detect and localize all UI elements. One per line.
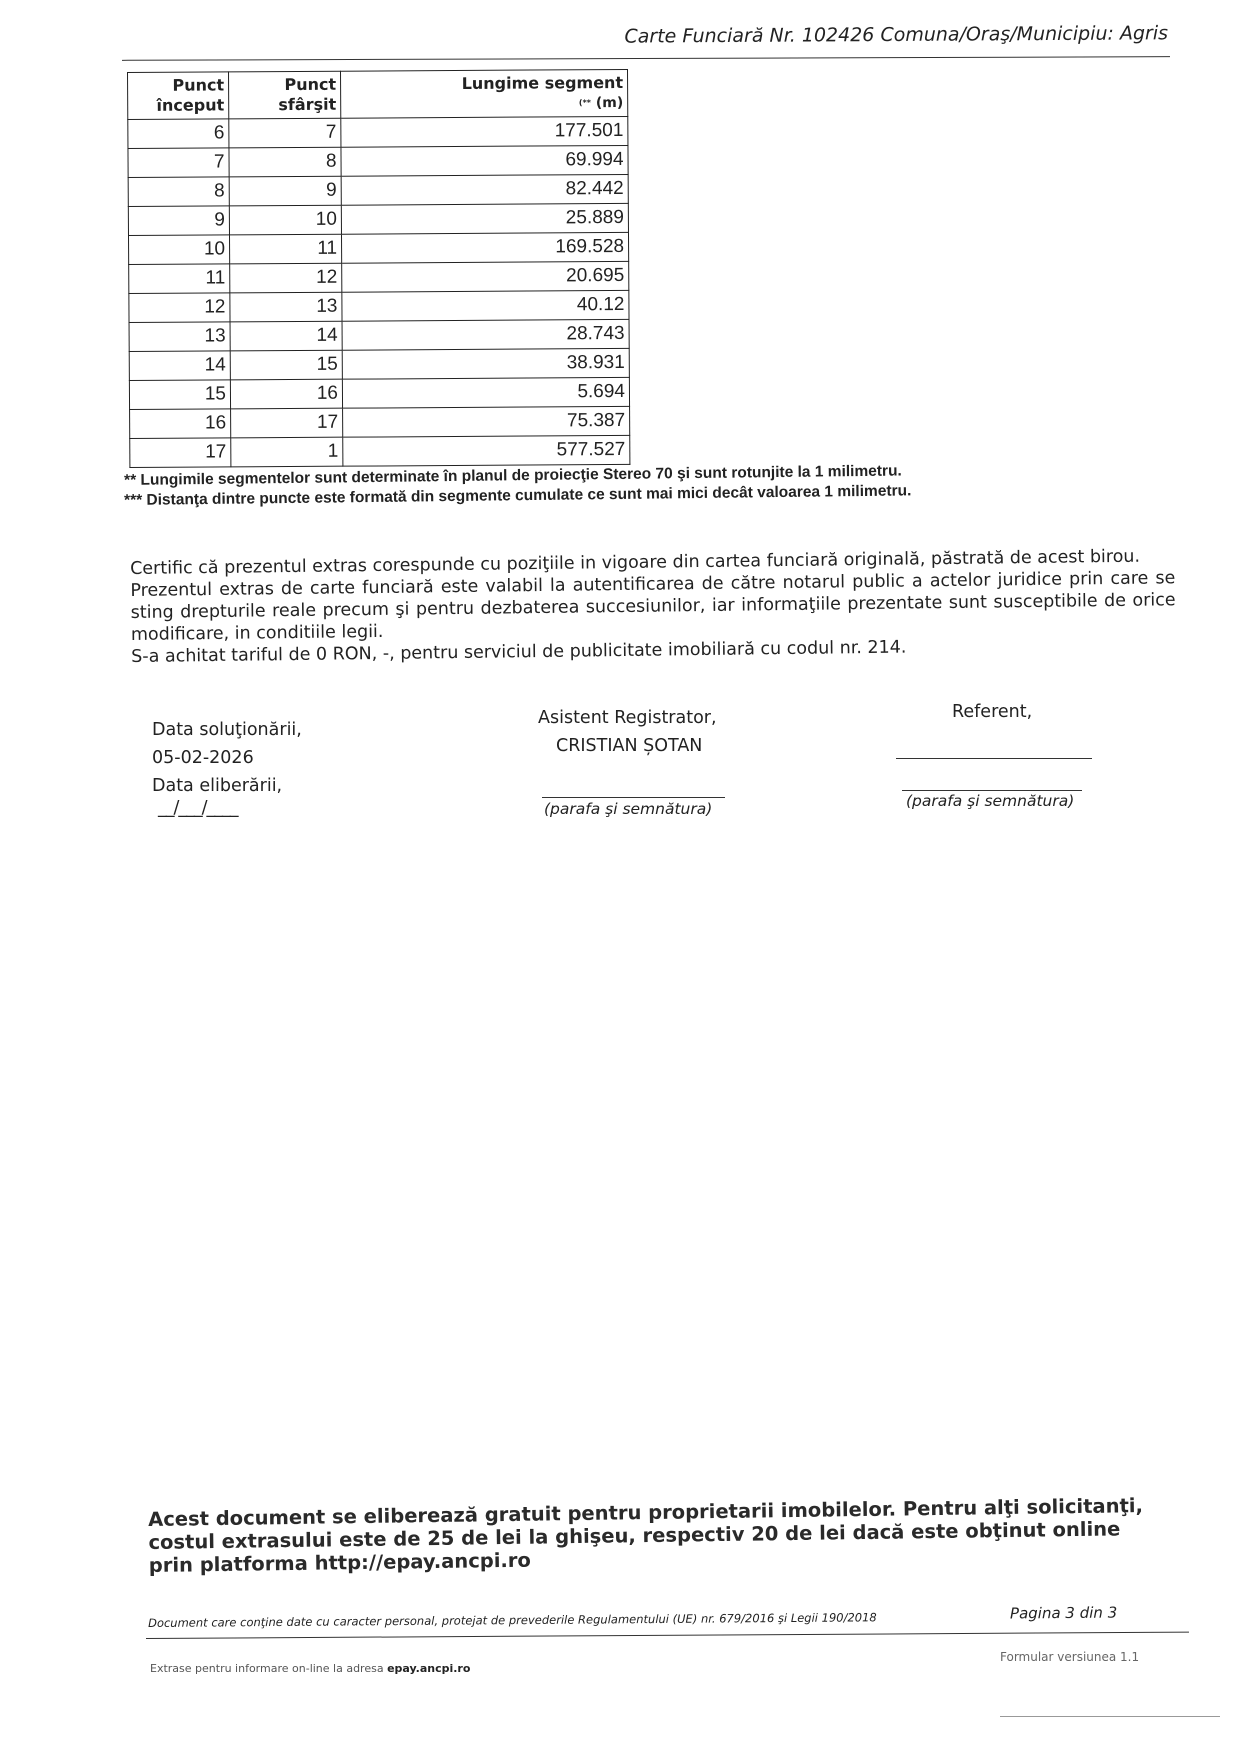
table-row: 131428.743 — [129, 319, 629, 351]
page-number: Pagina 3 din 3 — [1010, 1604, 1117, 1623]
segment-length-cell: 577.527 — [343, 435, 630, 466]
end-point-cell: 11 — [229, 234, 341, 264]
start-point-cell: 10 — [128, 235, 229, 265]
referent-signature-line — [902, 790, 1082, 791]
header-divider — [122, 56, 1170, 61]
release-date-blank: __/___/____ — [158, 798, 238, 818]
certification-text: Certific că prezentul extras corespunde … — [130, 545, 1176, 668]
start-point-cell: 9 — [128, 206, 229, 236]
registrar-title: Asistent Registrator, — [538, 708, 717, 728]
footer-divider — [146, 1632, 1189, 1639]
solution-date-label: Data soluţionării, — [152, 720, 302, 740]
end-point-cell: 14 — [230, 321, 342, 351]
segment-length-cell: 69.994 — [341, 145, 628, 176]
start-point-cell: 14 — [129, 351, 230, 381]
segment-length-cell: 28.743 — [342, 319, 629, 350]
start-point-cell: 6 — [128, 119, 229, 149]
end-point-cell: 15 — [230, 350, 342, 380]
end-point-cell: 17 — [231, 408, 343, 438]
column-header-start-point: Punct început — [128, 72, 229, 120]
start-point-cell: 8 — [128, 177, 229, 207]
referent-signature-caption: (parafa şi semnătura) — [906, 792, 1074, 810]
footer-end-rule — [1000, 1716, 1220, 1717]
segment-length-cell: 177.501 — [341, 116, 628, 147]
segment-length-cell: 38.931 — [342, 348, 629, 379]
end-point-cell: 10 — [229, 205, 341, 235]
end-point-cell: 16 — [230, 379, 342, 409]
gdpr-notice: Document care conţine date cu caracter p… — [148, 1610, 877, 1630]
start-point-cell: 13 — [129, 322, 230, 352]
end-point-cell: 8 — [229, 147, 341, 177]
table-row: 15165.694 — [129, 377, 629, 409]
segment-length-cell: 82.442 — [341, 174, 628, 205]
registrar-signature-caption: (parafa şi semnătura) — [544, 800, 712, 818]
segment-length-cell: 40.12 — [342, 290, 629, 321]
start-point-cell: 15 — [129, 380, 230, 410]
end-point-cell: 9 — [229, 176, 341, 206]
column-header-end-point: Punct sfârşit — [229, 71, 341, 119]
segment-length-cell: 25.889 — [341, 203, 628, 234]
segment-lengths-table: Punct început Punct sfârşit Lungime segm… — [127, 69, 630, 468]
segment-length-cell: 5.694 — [342, 377, 629, 408]
column-header-segment-length: Lungime segment (** (m) — [340, 69, 627, 118]
start-point-cell: 7 — [128, 148, 229, 178]
table-row: 67177.501 — [128, 116, 628, 148]
table-row: 91025.889 — [128, 203, 628, 235]
referent-title: Referent, — [952, 702, 1032, 722]
table-row: 111220.695 — [129, 261, 629, 293]
cadastral-header-title: Carte Funciară Nr. 102426 Comuna/Oraş/Mu… — [600, 22, 1168, 47]
start-point-cell: 16 — [130, 409, 231, 439]
online-extract-note: Extrase pentru informare on-line la adre… — [150, 1662, 470, 1675]
table-row: 141538.931 — [129, 348, 629, 380]
start-point-cell: 11 — [129, 264, 230, 294]
form-version: Formular versiunea 1.1 — [1000, 1650, 1139, 1664]
registrar-name: CRISTIAN ȘOTAN — [556, 736, 702, 756]
end-point-cell: 7 — [229, 118, 341, 148]
table-row: 7869.994 — [128, 145, 628, 177]
segment-length-cell: 20.695 — [342, 261, 629, 292]
table-row: 121340.12 — [129, 290, 629, 322]
table-row: 1011169.528 — [128, 232, 628, 264]
table-row: 161775.387 — [130, 406, 630, 438]
release-date-label: Data eliberării, — [152, 776, 282, 796]
segment-length-cell: 169.528 — [341, 232, 628, 263]
end-point-cell: 1 — [231, 437, 343, 467]
solution-date: 05-02-2026 — [152, 748, 254, 768]
table-row: 171577.527 — [130, 435, 630, 467]
start-point-cell: 17 — [130, 438, 231, 468]
table-row: 8982.442 — [128, 174, 628, 206]
end-point-cell: 13 — [230, 292, 342, 322]
end-point-cell: 12 — [230, 263, 342, 293]
table-header-row: Punct început Punct sfârşit Lungime segm… — [128, 69, 628, 119]
segment-length-cell: 75.387 — [343, 406, 630, 437]
referent-name-line — [896, 758, 1092, 759]
registrar-signature-line — [542, 797, 725, 798]
epay-link[interactable]: epay.ancpi.ro — [387, 1662, 470, 1675]
fee-notice: Acest document se eliberează gratuit pen… — [148, 1494, 1169, 1577]
start-point-cell: 12 — [129, 293, 230, 323]
